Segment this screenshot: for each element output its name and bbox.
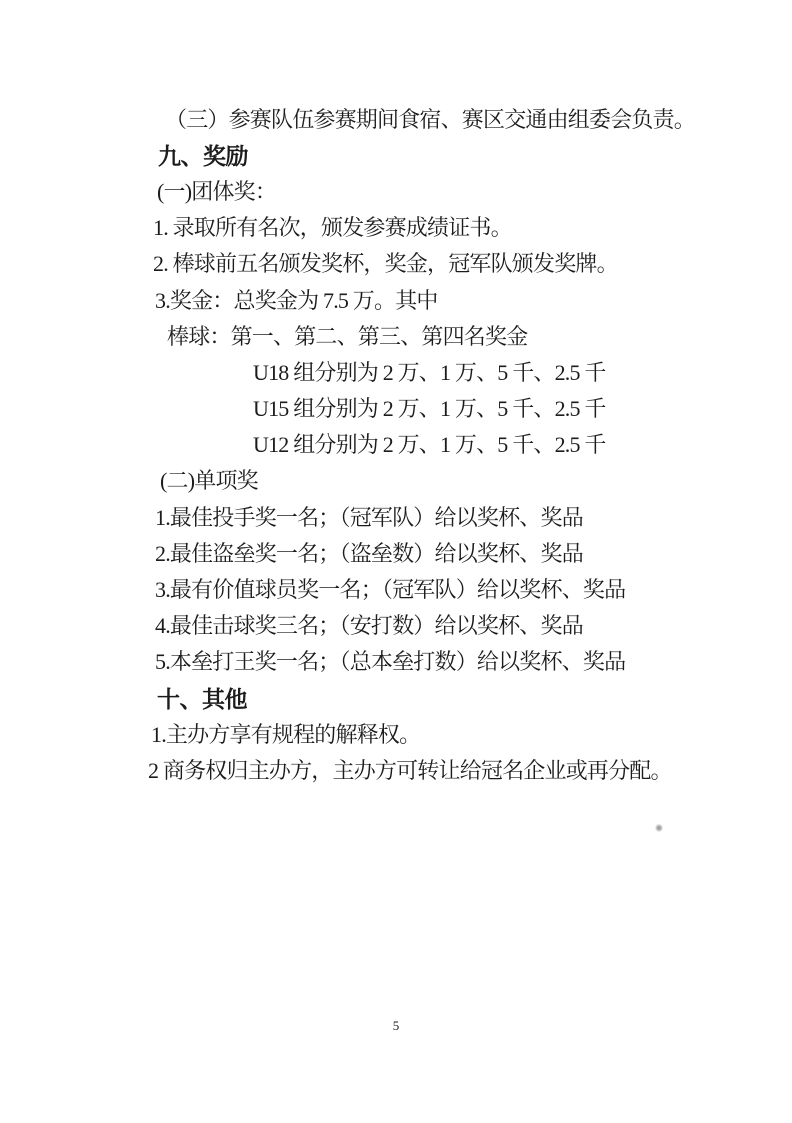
- section-heading-others: 十、其他: [157, 679, 768, 715]
- doc-line-commercial-rights: 2 商务权归主办方，主办方可转让给冠名企业或再分配。: [148, 751, 768, 787]
- doc-line-mvp: 3.最有价值球员奖一名；（冠军队）给以奖杯、奖品: [155, 570, 768, 606]
- scan-artifact-dot: [655, 823, 663, 832]
- doc-line-prize-total: 3.奖金：总奖金为 7.5 万。其中: [155, 281, 768, 317]
- document-body: （三）参赛队伍参赛期间食宿、赛区交通由组委会负责。 九、奖励 (一)团体奖： 1…: [148, 100, 768, 788]
- doc-line-team-award-2: 2. 棒球前五名颁发奖杯，奖金，冠军队颁发奖牌。: [153, 245, 768, 281]
- doc-line-best-batter: 4.最佳击球奖三名；（安打数）给以奖杯、奖品: [155, 607, 768, 643]
- doc-line-team-award-1: 1. 录取所有名次，颁发参赛成绩证书。: [153, 209, 768, 245]
- doc-line-interpretation: 1.主办方享有规程的解释权。: [151, 715, 768, 751]
- doc-line-u15-prizes: U15 组分别为 2 万、1 万、5 千、2.5 千: [253, 390, 768, 426]
- subsection-individual-awards: (二)单项奖: [160, 462, 768, 498]
- doc-line-best-pitcher: 1.最佳投手奖一名；（冠军队）给以奖杯、奖品: [155, 498, 768, 534]
- section-heading-awards: 九、奖励: [158, 136, 768, 172]
- document-page: （三）参赛队伍参赛期间食宿、赛区交通由组委会负责。 九、奖励 (一)团体奖： 1…: [0, 0, 792, 1123]
- doc-line-transport-note: （三）参赛队伍参赛期间食宿、赛区交通由组委会负责。: [165, 100, 768, 136]
- doc-line-homerun-king: 5.本垒打王奖一名；（总本垒打数）给以奖杯、奖品: [155, 643, 768, 679]
- doc-line-u18-prizes: U18 组分别为 2 万、1 万、5 千、2.5 千: [253, 353, 768, 389]
- page-number: 5: [0, 1018, 792, 1034]
- doc-line-u12-prizes: U12 组分别为 2 万、1 万、5 千、2.5 千: [253, 426, 768, 462]
- doc-line-baseball-ranks: 棒球：第一、第二、第三、第四名奖金: [167, 317, 768, 353]
- doc-line-best-stealer: 2.最佳盗垒奖一名；（盗垒数）给以奖杯、奖品: [155, 534, 768, 570]
- subsection-team-awards: (一)团体奖：: [157, 172, 768, 208]
